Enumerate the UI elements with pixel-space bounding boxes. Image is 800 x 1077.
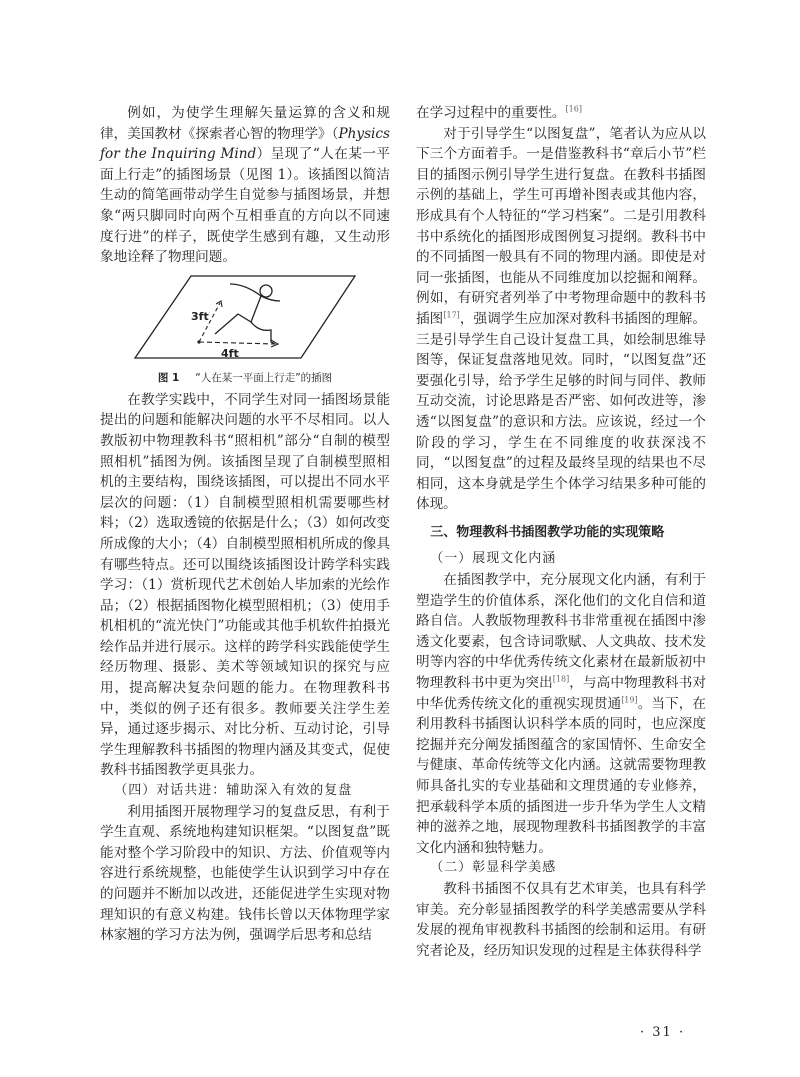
left-column: 例如，为使学生理解矢量运算的含义和规律，美国教材《探索者心智的物理学》（Phys… xyxy=(100,103,390,946)
figure-1: 3ft 4ft 图 1“人在某一平面上行走”的插图 xyxy=(100,274,390,386)
paragraph-vector-example: 例如，为使学生理解矢量运算的含义和规律，美国教材《探索者心智的物理学》（Phys… xyxy=(100,103,390,268)
walking-person-illustration: 3ft 4ft xyxy=(133,274,357,360)
paragraph-culture: 在插图教学中，充分展现文化内涵，有利于塑造学生的价值体系，深化他们的文化自信和道… xyxy=(416,570,706,858)
reference-18: [18] xyxy=(553,675,569,684)
paragraph-teaching-practice: 在教学实践中，不同学生对同一插图场景能提出的问题和能解决问题的水平不尽相同。以人… xyxy=(100,390,390,781)
reference-17: [17] xyxy=(443,310,459,319)
reference-19: [19] xyxy=(621,695,637,704)
figure-caption-text: “人在某一平面上行走”的插图 xyxy=(195,372,332,384)
figure-caption: 图 1“人在某一平面上行走”的插图 xyxy=(100,370,390,386)
paragraph-review-methods: 对于引导学生“以图复盘”，笔者认为应从以下三个方面着手。一是借鉴教科书“章后小节… xyxy=(416,124,706,515)
paragraph-continuation: 在学习过程中的重要性。[16] xyxy=(416,103,706,124)
section-heading-3: 三、物理教科书插图教学功能的实现策略 xyxy=(416,523,706,544)
paragraph-science-beauty: 教科书插图不仅具有艺术审美，也具有科学审美。充分彰显插图教学的科学美感需要从学科… xyxy=(416,879,706,961)
paragraph-review: 利用插图开展物理学习的复盘反思，有利于学生直观、系统地构建知识框架。“以图复盘”… xyxy=(100,802,390,946)
subheading-science-beauty: （二）彰显科学美感 xyxy=(416,858,706,879)
label-4ft: 4ft xyxy=(221,347,239,360)
subheading-dialogue: （四）对话共进：辅助深入有效的复盘 xyxy=(100,781,390,802)
subheading-culture: （一）展现文化内涵 xyxy=(416,549,706,570)
figure-number: 图 1 xyxy=(158,372,179,384)
right-column: 在学习过程中的重要性。[16] 对于引导学生“以图复盘”，笔者认为应从以下三个方… xyxy=(416,103,706,961)
reference-16: [16] xyxy=(566,104,582,113)
label-3ft: 3ft xyxy=(191,310,209,323)
page-number: · 31 · xyxy=(640,1025,685,1040)
